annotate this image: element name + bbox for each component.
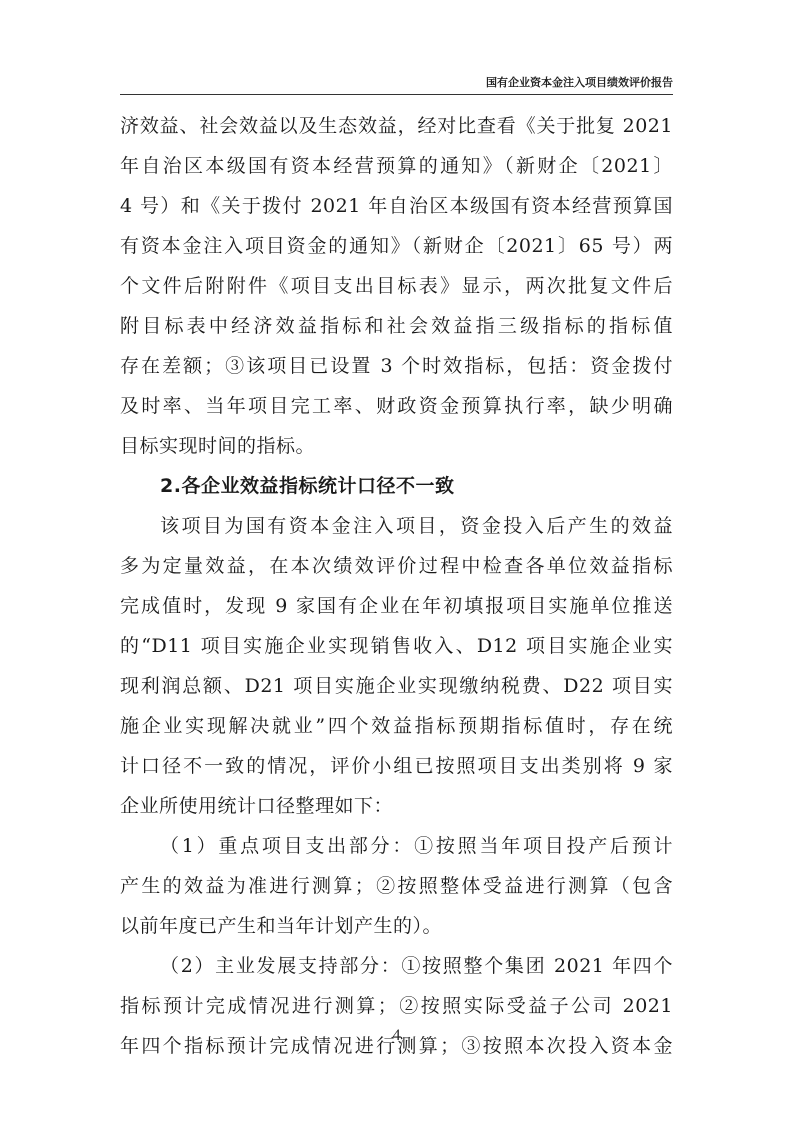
text-line: 目标实现时间的指标。 [120,426,673,466]
text-line: 的“D11 项目实施企业实现销售收入、D12 项目实施企业实 [120,626,673,666]
text-line: 以前年度已产生和当年计划产生的）。 [120,906,673,946]
text-line: 及时率、当年项目完工率、财政资金预算执行率，缺少明确 [120,386,673,426]
text-line: 现利润总额、D21 项目实施企业实现缴纳税费、D22 项目实 [120,666,673,706]
list-item-2-first-line: （2）主业发展支持部分：①按照整个集团 2021 年四个 [120,946,673,986]
section-heading: 2.各企业效益指标统计口径不一致 [120,466,673,506]
text-line: 存在差额；③该项目已设置 3 个时效指标，包括：资金拨付 [120,346,673,386]
page-number: 4 [0,1027,793,1045]
text-line: 产生的效益为准进行测算；②按照整体受益进行测算（包含 [120,866,673,906]
text-line: 济效益、社会效益以及生态效益，经对比查看《关于批复 2021 [120,106,673,146]
running-header: 国有企业资本金注入项目绩效评价报告 [120,76,673,95]
text-line: 完成值时，发现 9 家国有企业在年初填报项目实施单位推送 [120,586,673,626]
text-line: 4 号）和《关于拨付 2021 年自治区本级国有资本经营预算国 [120,186,673,226]
list-item-1-first-line: （1）重点项目支出部分：①按照当年项目投产后预计 [120,826,673,866]
text-line: 年自治区本级国有资本经营预算的通知》（新财企〔2021〕 [120,146,673,186]
text-line: 施企业实现解决就业”四个效益指标预期指标值时，存在统 [120,706,673,746]
report-title: 国有企业资本金注入项目绩效评价报告 [486,76,673,89]
text-line: 企业所使用统计口径整理如下： [120,786,673,826]
text-line: 多为定量效益，在本次绩效评价过程中检查各单位效益指标 [120,546,673,586]
text-line: 指标预计完成情况进行测算；②按照实际受益子公司 2021 [120,986,673,1026]
page-body: 济效益、社会效益以及生态效益，经对比查看《关于批复 2021 年自治区本级国有资… [120,106,673,1066]
text-line: 个文件后附附件《项目支出目标表》显示，两次批复文件后 [120,266,673,306]
text-line: 附目标表中经济效益指标和社会效益指三级指标的指标值 [120,306,673,346]
text-line: 有资本金注入项目资金的通知》（新财企〔2021〕65 号）两 [120,226,673,266]
text-line: 计口径不一致的情况，评价小组已按照项目支出类别将 9 家 [120,746,673,786]
paragraph-first-line: 该项目为国有资本金注入项目，资金投入后产生的效益 [120,506,673,546]
